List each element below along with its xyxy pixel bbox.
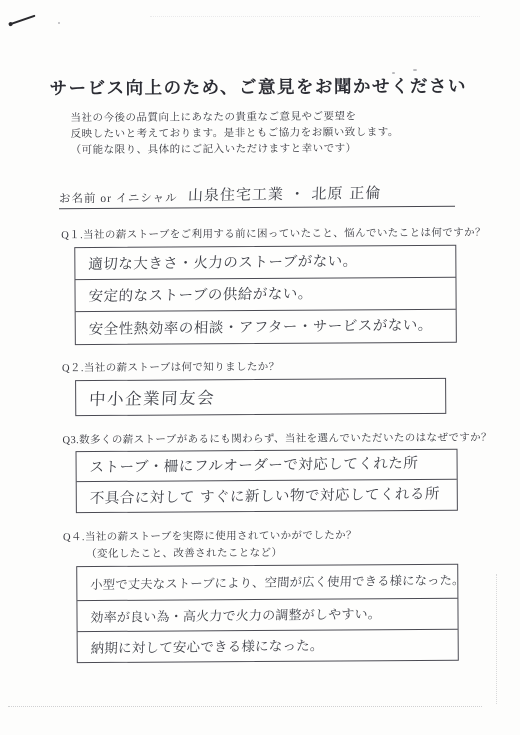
question-2-answer-box: 中小企業同友会: [75, 378, 446, 416]
answer-row: 安定的なストーブの供給がない。: [75, 278, 455, 312]
answer-row: ストーブ・柵にフルオーダーで対応してくれた所: [77, 450, 457, 482]
intro-line: （可能な限り、具体的にご記入いただけますと幸いです）: [71, 140, 519, 159]
handwritten-answer: 適切な大きさ・火力のストーブがない。: [88, 250, 358, 275]
handwritten-answer: 小型で丈夫なストーブにより、空間が広く使用できる様になった。: [90, 570, 457, 593]
name-field-handwritten-value: 山泉住宅工業 ・ 北原 正倫: [187, 182, 381, 206]
question-4-label: Q４.当社の薪ストーブを実際に使用されていかがでしたか？: [63, 526, 520, 544]
answer-row: 安全性熱効率の相談・アフター・サービスがない。: [76, 310, 456, 344]
scanned-survey-page: サービス向上のため、ご意見をお聞かせください 当社の今後の品質向上にあなたの貴重…: [0, 0, 520, 735]
answer-row: 小型で丈夫なストーブにより、空間が広く使用できる様になった。: [77, 565, 457, 601]
handwritten-answer: 効率が良い為・高火力で火力の調整がしやすい。: [90, 603, 381, 626]
question-1-answer-box: 適切な大きさ・火力のストーブがない。 安定的なストーブの供給がない。 安全性熱効…: [74, 245, 457, 345]
answer-row: 適切な大きさ・火力のストーブがない。: [75, 246, 455, 280]
question-3-label: Q3.数多くの薪ストーブがあるにも関わらず、当社を選んでいただいたのはなぜですか…: [62, 429, 520, 447]
handwritten-answer: 安定的なストーブの供給がない。: [88, 282, 313, 306]
answer-row: 中小企業同友会: [76, 379, 445, 415]
handwritten-answer: 安全性熱効率の相談・アフター・サービスがない。: [88, 313, 433, 339]
form-title: サービス向上のため、ご意見をお聞かせください: [0, 72, 518, 100]
name-field-label: お名前 or イニシャル: [59, 190, 178, 207]
form-intro: 当社の今後の品質向上にあなたの貴重なご意見やご要望を 反映したいと考えております…: [70, 108, 518, 159]
question-2-label: Q２.当社の薪ストーブは何で知りましたか？: [62, 357, 520, 375]
answer-row: 納期に対して安心できる様になった。: [78, 630, 458, 662]
handwritten-answer: ストーブ・柵にフルオーダーで対応してくれた所: [89, 452, 419, 477]
answer-row: 効率が良い為・高火力で火力の調整がしやすい。: [77, 599, 457, 632]
form-content: サービス向上のため、ご意見をお聞かせください 当社の今後の品質向上にあなたの貴重…: [0, 0, 520, 735]
question-4-answer-box: 小型で丈夫なストーブにより、空間が広く使用できる様になった。 効率が良い為・高火…: [76, 564, 459, 663]
handwritten-answer: 中小企業同友会: [89, 384, 216, 410]
question-3-answer-box: ストーブ・柵にフルオーダーで対応してくれた所 不具合に対して すぐに新しい物で対…: [76, 449, 458, 513]
answer-row: 不具合に対して すぐに新しい物で対応してくれる所: [77, 480, 457, 512]
handwritten-answer: 不具合に対して すぐに新しい物で対応してくれる所: [89, 482, 440, 508]
handwritten-answer: 納期に対して安心できる様になった。: [90, 634, 324, 657]
question-1-label: Q１.当社の薪ストーブをご利用する前に困っていたこと、悩んでいたことは何ですか？: [61, 224, 519, 242]
question-4-sublabel: （変化したこと、改善されたことなど）: [86, 543, 520, 561]
name-field: お名前 or イニシャル 山泉住宅工業 ・ 北原 正倫: [59, 179, 455, 209]
